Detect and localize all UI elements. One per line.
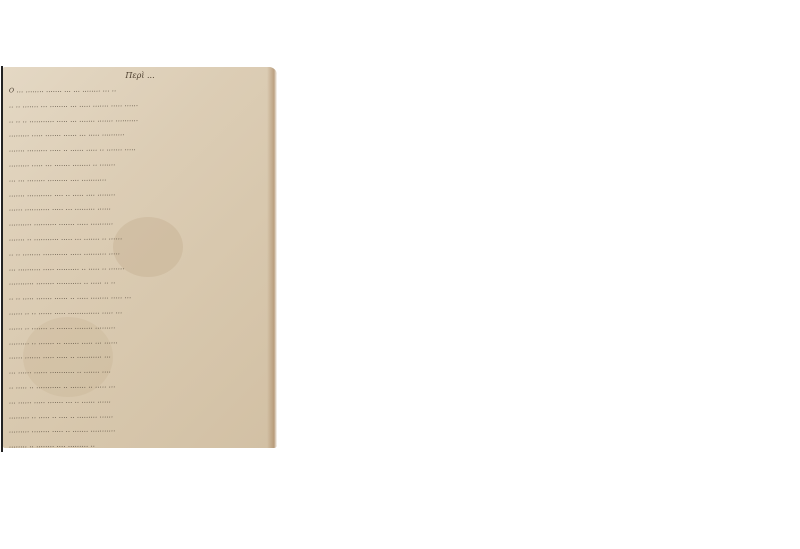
- handwritten-line: ........ .. ........ .... ......... ..: [9, 437, 271, 448]
- manuscript-text: Ο ... ........ ....... ... ... ........ …: [9, 83, 271, 448]
- manuscript-page: Περὶ ... Ο ... ........ ....... ... ... …: [3, 67, 277, 448]
- manuscript-title: Περὶ ...: [3, 71, 277, 80]
